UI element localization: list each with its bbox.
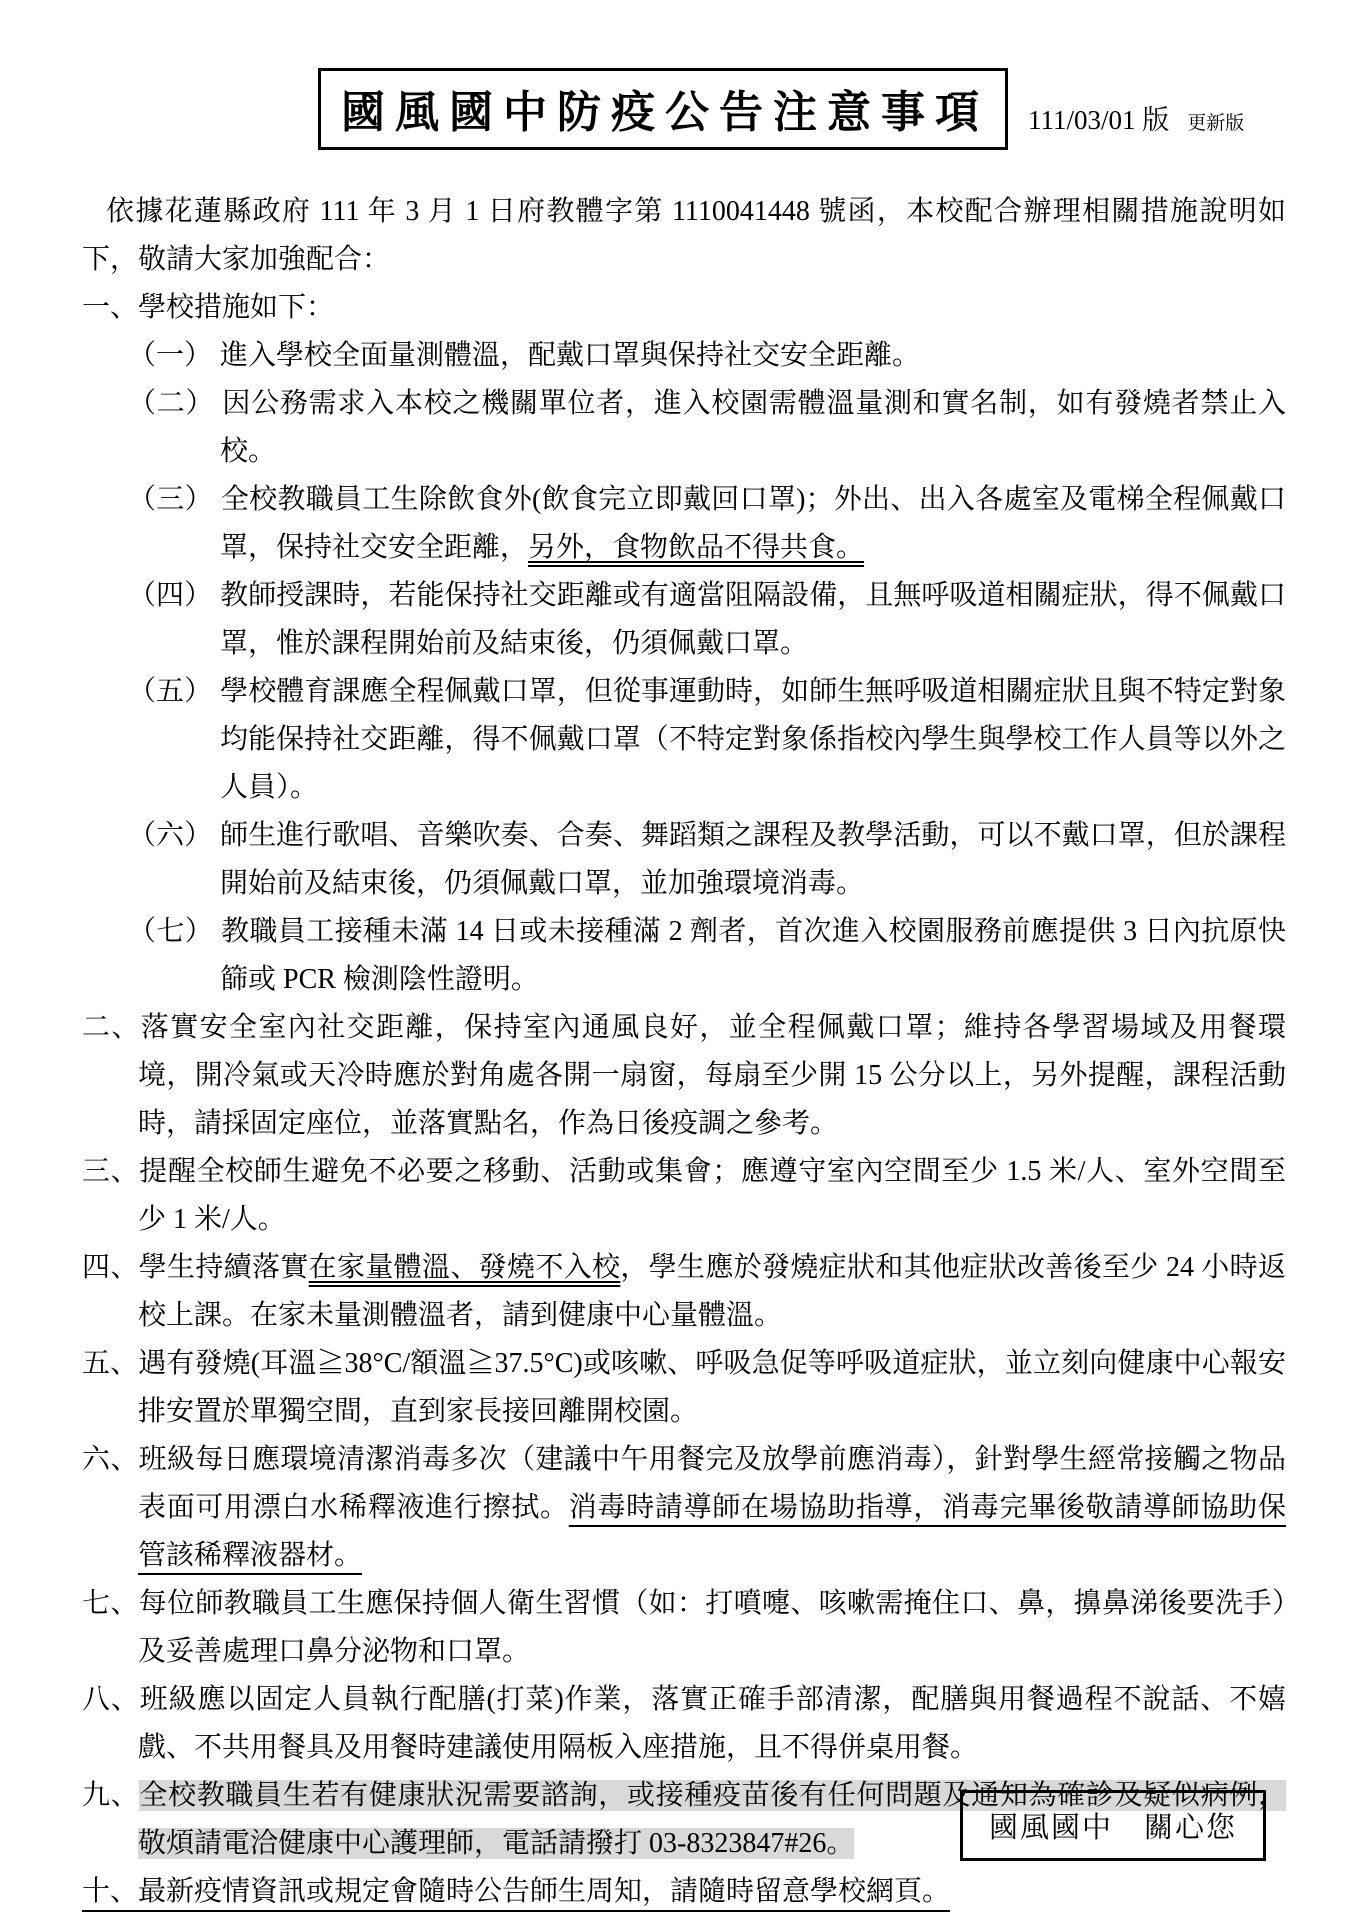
item-number: 二、 <box>82 1012 141 1043</box>
text-segment: 遇有發燒(耳溫≧38°C/額溫≧37.5°C)或咳嗽、呼吸急促等呼吸道症狀，並立… <box>138 1348 1286 1427</box>
footer-box-text: 國風國中 關心您 <box>989 1812 1237 1844</box>
list-item-2: 二、落實安全室內社交距離，保持室內通風良好，並全程佩戴口罩；維持各學習場域及用餐… <box>82 1004 1286 1148</box>
underlined-text: 另外，食物飲品不得共食。 <box>528 532 864 563</box>
item-number: 四、 <box>82 1252 139 1283</box>
item-number: 九、 <box>82 1780 139 1811</box>
text-segment: 落實安全室內社交距離，保持室內通風良好，並全程佩戴口罩；維持各學習場域及用餐環境… <box>138 1012 1286 1139</box>
document-title-box: 國風國中防疫公告注意事項 <box>318 68 1008 150</box>
text-segment: 師生進行歌唱、音樂吹奏、合奏、舞蹈類之課程及教學活動，可以不戴口罩，但於課程開始… <box>220 820 1286 899</box>
document-page: 國風國中防疫公告注意事項 111/03/01 版更新版 依據花蓮縣政府 111 … <box>0 0 1358 1920</box>
text-segment: 最新疫情資訊或規定會隨時公告師生周知，請隨時留意學校網頁。 <box>138 1876 950 1907</box>
intro-paragraph: 依據花蓮縣政府 111 年 3 月 1 日府教體字第 1110041448 號函… <box>82 188 1286 284</box>
text-segment: 學生持續落實 <box>139 1252 309 1283</box>
list-item-10: 十、最新疫情資訊或規定會隨時公告師生周知，請隨時留意學校網頁。 <box>82 1868 1286 1916</box>
sub-list-item-6: （六）師生進行歌唱、音樂吹奏、合奏、舞蹈類之課程及教學活動，可以不戴口罩，但於課… <box>128 812 1286 908</box>
item-number: 十、 <box>82 1876 138 1907</box>
sub-items: （一）進入學校全面量測體溫，配戴口罩與保持社交安全距離。（二）因公務需求入本校之… <box>128 332 1286 1004</box>
text-segment: 班級應以固定人員執行配膳(打菜)作業，落實正確手部清潔，配膳與用餐過程不說話、不… <box>138 1684 1286 1763</box>
version-info: 111/03/01 版更新版 <box>1028 98 1244 137</box>
text-segment: 教職員工接種未滿 14 日或未接種滿 2 劑者，首次進入校園服務前應提供 3 日… <box>220 916 1286 995</box>
list-item-3: 三、提醒全校師生避免不必要之移動、活動或集會；應遵守室內空間至少 1.5 米/人… <box>82 1148 1286 1244</box>
text-segment: 因公務需求入本校之機關單位者，進入校園需體溫量測和實名制，如有發燒者禁止入校。 <box>220 388 1286 467</box>
item-number: （三） <box>128 484 213 515</box>
item-number: （一） <box>128 340 212 371</box>
sub-list-item-1: （一）進入學校全面量測體溫，配戴口罩與保持社交安全距離。 <box>128 332 1286 380</box>
underlined-text: 在家量體溫、發燒不入校 <box>309 1252 621 1283</box>
item-number: 三、 <box>82 1156 139 1187</box>
document-body: 依據花蓮縣政府 111 年 3 月 1 日府教體字第 1110041448 號函… <box>82 188 1286 1916</box>
sub-list-item-5: （五）學校體育課應全程佩戴口罩，但從事運動時，如師生無呼吸道相關症狀且與不特定對… <box>128 668 1286 812</box>
item-number: （二） <box>128 388 214 419</box>
list-item-5: 五、遇有發燒(耳溫≧38°C/額溫≧37.5°C)或咳嗽、呼吸急促等呼吸道症狀，… <box>82 1340 1286 1436</box>
list-item-6: 六、班級每日應環境清潔消毒多次（建議中午用餐完及放學前應消毒），針對學生經常接觸… <box>82 1436 1286 1580</box>
text-segment: 學校措施如下： <box>138 292 334 323</box>
item-number: （六） <box>128 820 212 851</box>
item-number: 六、 <box>82 1444 139 1475</box>
text-segment: 進入學校全面量測體溫，配戴口罩與保持社交安全距離。 <box>220 340 920 371</box>
item-number: 七、 <box>82 1588 139 1619</box>
text-segment: 教師授課時，若能保持社交距離或有適當阻隔設備，且無呼吸道相關症狀，得不佩戴口罩，… <box>220 580 1286 659</box>
sub-list-item-2: （二）因公務需求入本校之機關單位者，進入校園需體溫量測和實名制，如有發燒者禁止入… <box>128 380 1286 476</box>
sub-list-item-7: （七）教職員工接種未滿 14 日或未接種滿 2 劑者，首次進入校園服務前應提供 … <box>128 908 1286 1004</box>
sub-list-item-3: （三）全校教職員工生除飲食外(飲食完立即戴回口罩)；外出、出入各處室及電梯全程佩… <box>128 476 1286 572</box>
text-segment: 提醒全校師生避免不必要之移動、活動或集會；應遵守室內空間至少 1.5 米/人、室… <box>138 1156 1286 1235</box>
text-segment: 學校體育課應全程佩戴口罩，但從事運動時，如師生無呼吸道相關症狀且與不特定對象均能… <box>220 676 1286 803</box>
document-header: 國風國中防疫公告注意事項 111/03/01 版更新版 <box>82 56 1286 188</box>
document-title: 國風國中防疫公告注意事項 <box>341 88 989 137</box>
sub-list-item-4: （四）教師授課時，若能保持社交距離或有適當阻隔設備，且無呼吸道相關症狀，得不佩戴… <box>128 572 1286 668</box>
list-item-4: 四、學生持續落實在家量體溫、發燒不入校，學生應於發燒症狀和其他症狀改善後至少 2… <box>82 1244 1286 1340</box>
version-note: 更新版 <box>1187 113 1244 134</box>
item-number: 一、 <box>82 292 138 323</box>
footer-box: 國風國中 關心您 <box>960 1790 1266 1861</box>
item-number: 五、 <box>82 1348 138 1379</box>
list-item-8: 八、班級應以固定人員執行配膳(打菜)作業，落實正確手部清潔，配膳與用餐過程不說話… <box>82 1676 1286 1772</box>
items-container: 一、學校措施如下：（一）進入學校全面量測體溫，配戴口罩與保持社交安全距離。（二）… <box>82 284 1286 1916</box>
version-date: 111/03/01 版 <box>1028 105 1169 135</box>
item-number: （四） <box>128 580 212 611</box>
item-number: （七） <box>128 916 213 947</box>
text-segment: 每位師教職員工生應保持個人衛生習慣（如：打噴嚏、咳嗽需掩住口、鼻，擤鼻涕後要洗手… <box>138 1588 1286 1667</box>
item-number: 八、 <box>82 1684 140 1715</box>
list-item-7: 七、每位師教職員工生應保持個人衛生習慣（如：打噴嚏、咳嗽需掩住口、鼻，擤鼻涕後要… <box>82 1580 1286 1676</box>
item-number: （五） <box>128 676 212 707</box>
list-item-1: 一、學校措施如下： <box>82 284 1286 332</box>
